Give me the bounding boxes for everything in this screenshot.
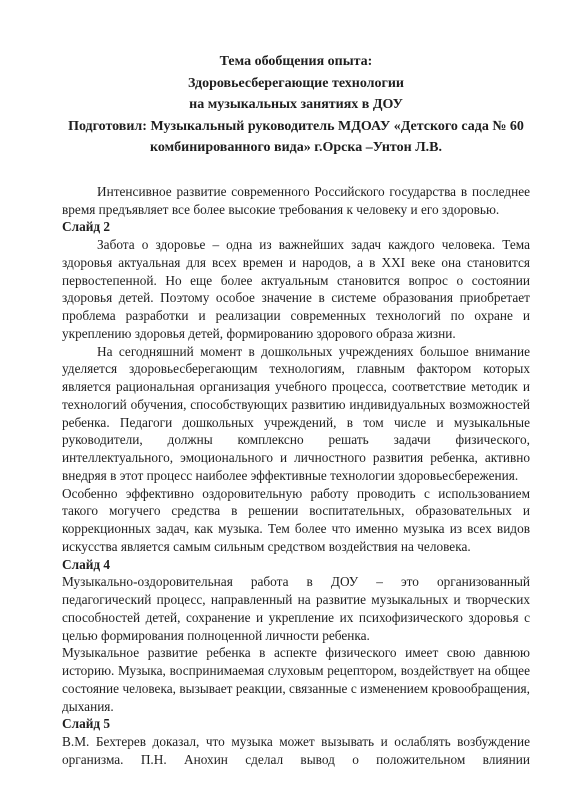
paragraph-intro: Интенсивное развитие современного Россий… [62,183,530,219]
document-title-block: Тема обобщения опыта: Здоровьесберегающи… [62,51,530,159]
document-body: Интенсивное развитие современного Россий… [62,183,530,769]
paragraph-music-health-work: Музыкально-оздоровительная работа в ДОУ … [62,573,530,644]
slide-label-2: Слайд 2 [62,218,530,236]
paragraph-health-care: Забота о здоровье – одна из важнейших за… [62,236,530,343]
title-line-4: Подготовил: Музыкальный руководитель МДО… [62,116,530,138]
paragraph-preschool-technologies: На сегодняшний момент в дошкольных учреж… [62,343,530,485]
paragraph-music-development-history: Музыкальное развитие ребенка в аспекте ф… [62,644,530,715]
slide-label-5: Слайд 5 [62,715,530,733]
document-page: Тема обобщения опыта: Здоровьесберегающи… [0,0,565,800]
slide-label-4: Слайд 4 [62,556,530,574]
title-line-3: на музыкальных занятиях в ДОУ [62,94,530,116]
title-line-1: Тема обобщения опыта: [62,51,530,73]
paragraph-bekhterev: В.М. Бехтерев доказал, что музыка может … [62,733,530,769]
title-line-5: комбинированного вида» г.Орска –Унтон Л.… [62,137,530,159]
paragraph-music-as-means: Особенно эффективно оздоровительную рабо… [62,485,530,556]
title-line-2: Здоровьесберегающие технологии [62,73,530,95]
